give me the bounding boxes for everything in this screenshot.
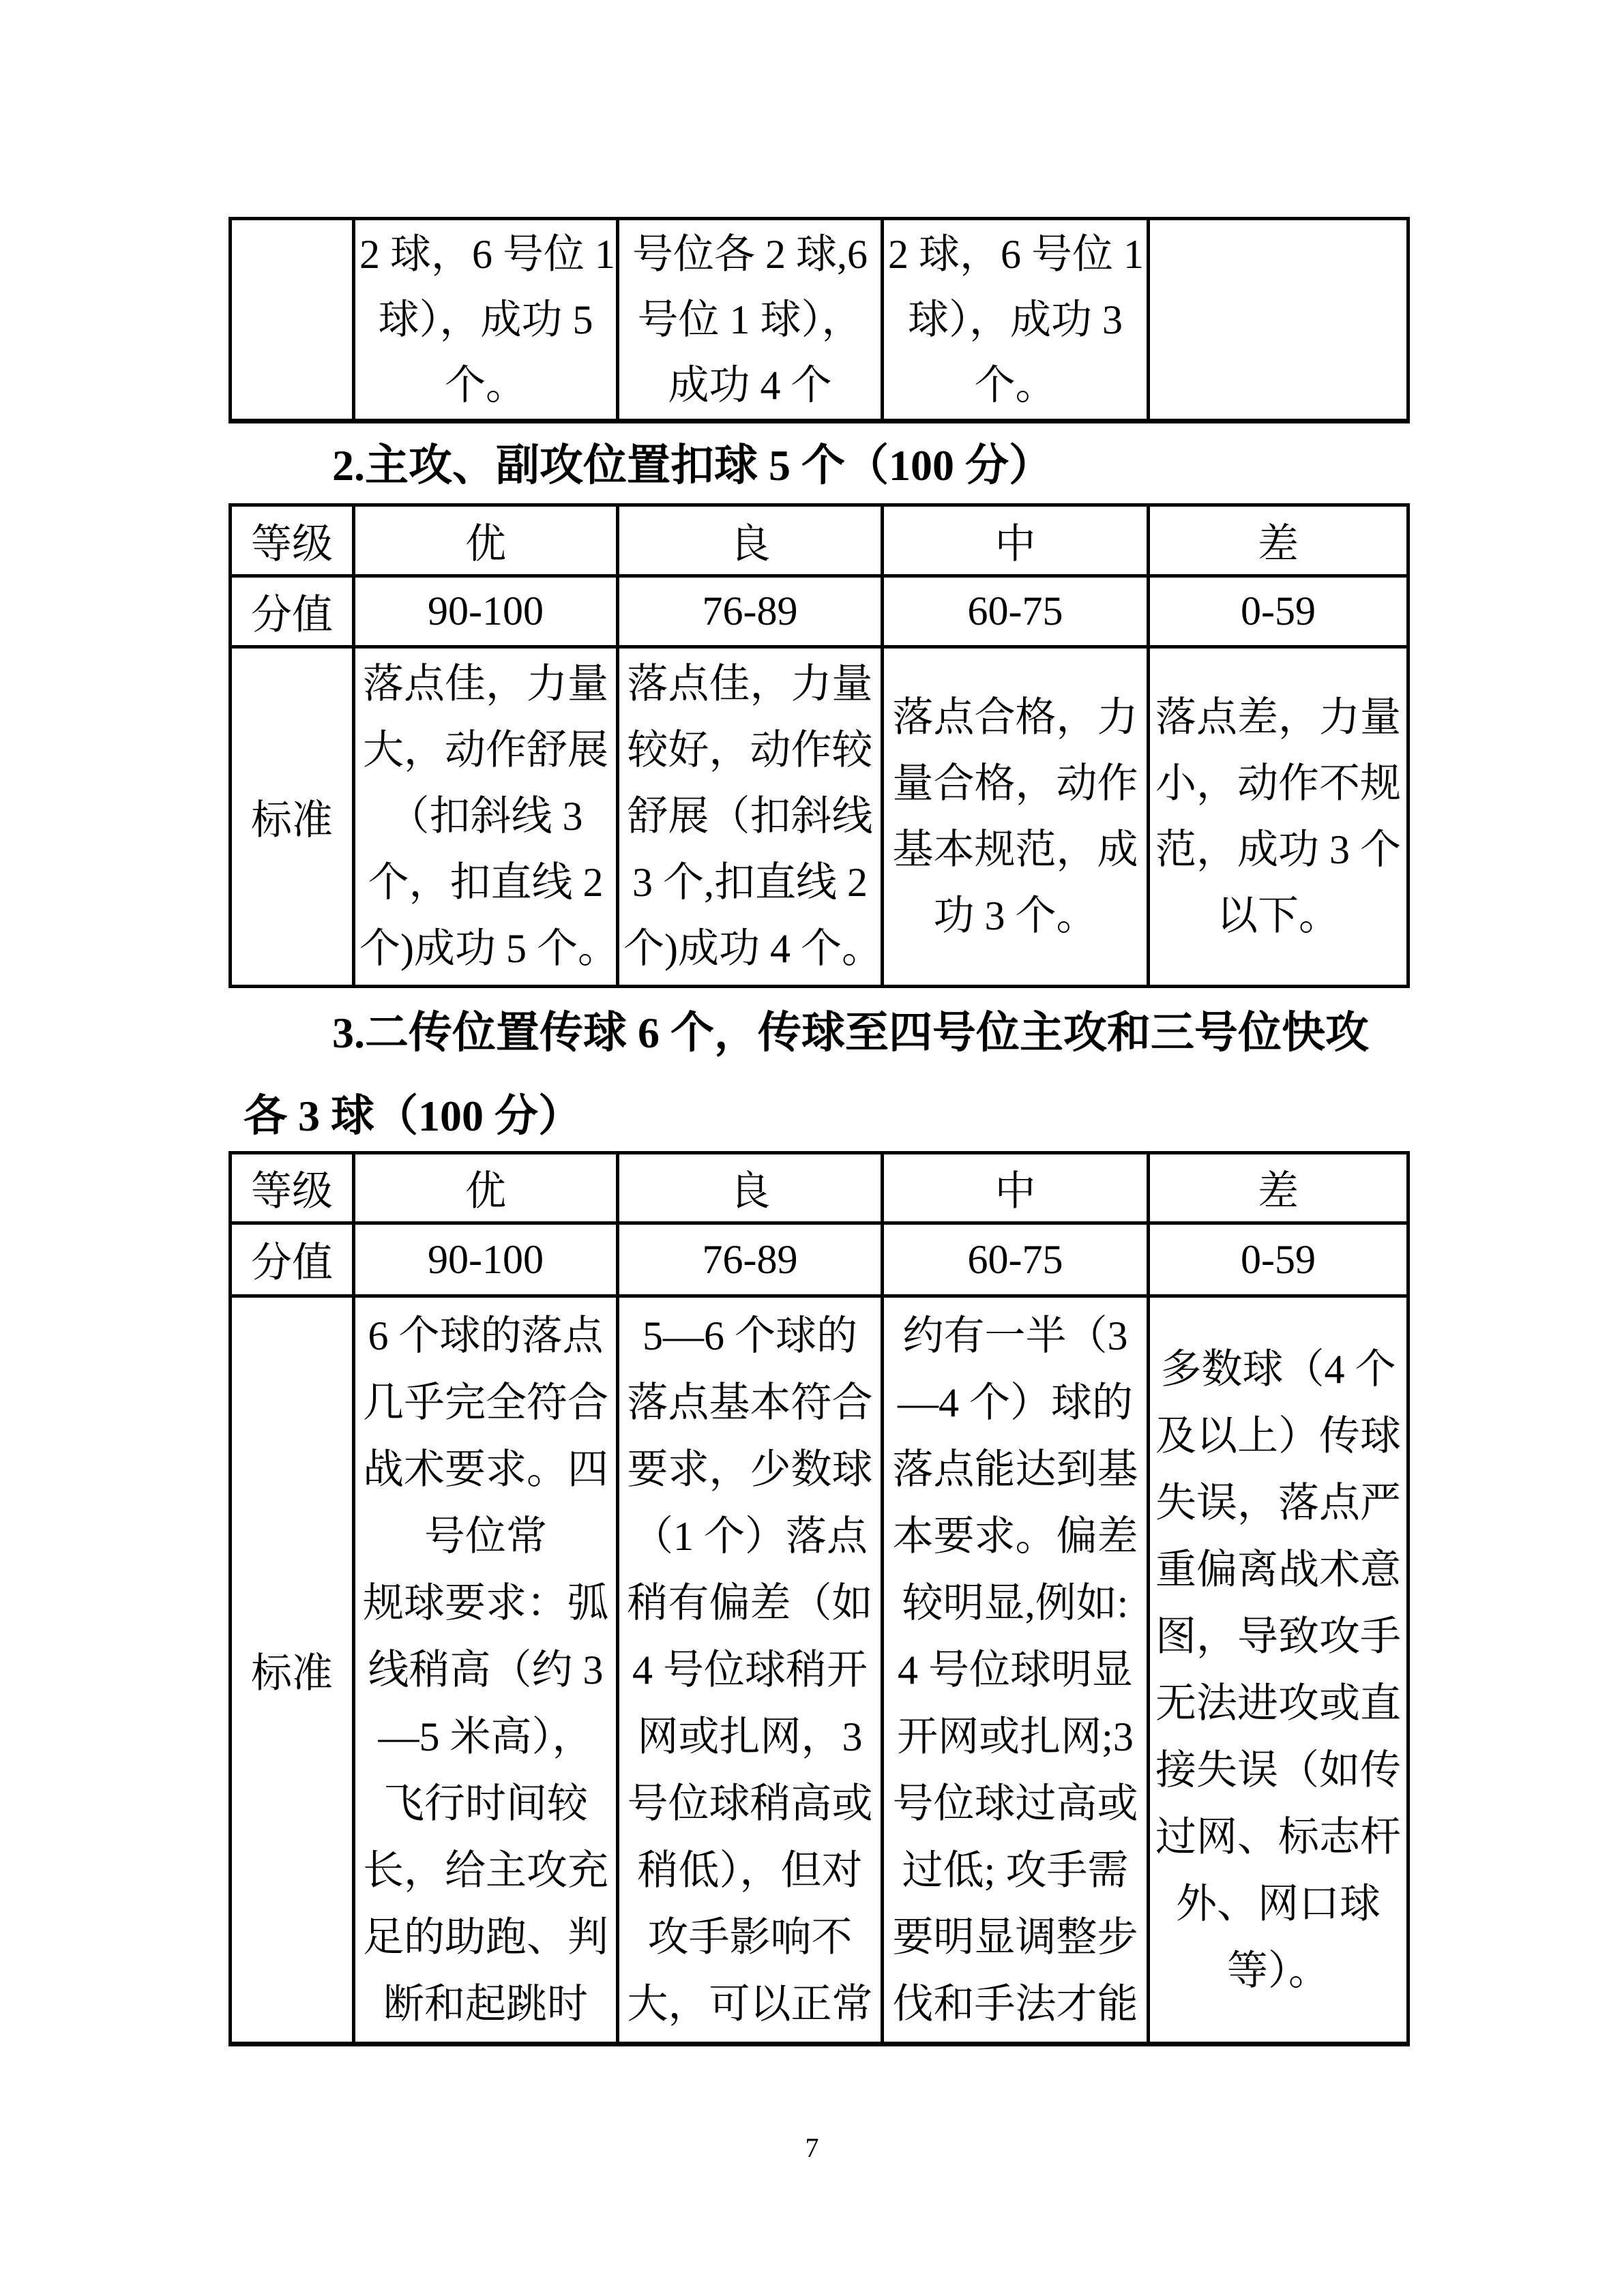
standard-cell: 多数球（4 个及以上）传球失误，落点严重偏离战术意图，导致攻手无法进攻或直接失误… [1149,1296,1408,2044]
grade-excellent: 优 [354,1153,618,1223]
grade-label: 等级 [231,1153,354,1223]
score-range: 0-59 [1149,576,1408,647]
table-cell: 2 球，6 号位 1球），成功 5个。 [354,219,618,421]
table-cell: 号位各 2 球,6号位 1 球），成功 4 个 [618,219,883,421]
table-row: 2 球，6 号位 1球），成功 5个。 号位各 2 球,6号位 1 球），成功 … [231,219,1408,421]
document-page: 2 球，6 号位 1球），成功 5个。 号位各 2 球,6号位 1 球），成功 … [0,0,1624,2296]
grade-medium: 中 [883,1153,1149,1223]
standard-row: 标准 6 个球的落点几乎完全符合战术要求。四号位常规球要求：弧线稍高（约 3—5… [231,1296,1408,2044]
section-heading-2: 2.主攻、副攻位置扣球 5 个（100 分） [228,419,1524,503]
rubric-table-set: 等级 优 良 中 差 分值 90-100 76-89 60-75 0-59 标准… [228,1151,1410,2046]
score-range: 76-89 [618,1223,883,1296]
standard-cell: 落点合格，力量合格，动作基本规范，成功 3 个。 [883,647,1149,987]
standard-cell: 约有一半（3—4 个）球的落点能达到基本要求。偏差较明显,例如:4 号位球明显开… [883,1296,1149,2044]
grade-row: 等级 优 良 中 差 [231,1153,1408,1223]
table-continuation: 2 球，6 号位 1球），成功 5个。 号位各 2 球,6号位 1 球），成功 … [228,217,1410,423]
score-row: 分值 90-100 76-89 60-75 0-59 [231,576,1408,647]
empty-cell [1149,219,1408,421]
grade-row: 等级 优 良 中 差 [231,505,1408,576]
section-heading-3: 3.二传位置传球 6 个，传球至四号位主攻和三号位快攻 各 3 球（100 分） [228,987,1524,1151]
section-heading-3-line2: 各 3 球（100 分） [228,1071,1524,1154]
table-cell: 2 球，6 号位 1球），成功 3个。 [883,219,1149,421]
score-label: 分值 [231,1223,354,1296]
grade-label: 等级 [231,505,354,576]
standard-cell: 5—6 个球的落点基本符合要求，少数球（1 个）落点稍有偏差（如4 号位球稍开网… [618,1296,883,2044]
grade-excellent: 优 [354,505,618,576]
score-range: 90-100 [354,576,618,647]
score-range: 0-59 [1149,1223,1408,1296]
score-range: 76-89 [618,576,883,647]
section-heading-3-line1: 3.二传位置传球 6 个，传球至四号位主攻和三号位快攻 [228,987,1524,1071]
standard-cell: 落点差，力量小，动作不规范，成功 3 个以下。 [1149,647,1408,987]
page-number: 7 [0,2132,1624,2164]
rubric-table-spike: 等级 优 良 中 差 分值 90-100 76-89 60-75 0-59 标准… [228,503,1410,988]
score-range: 60-75 [883,1223,1149,1296]
standard-label: 标准 [231,1296,354,2044]
empty-label-cell [231,219,354,421]
score-row: 分值 90-100 76-89 60-75 0-59 [231,1223,1408,1296]
standard-cell: 6 个球的落点几乎完全符合战术要求。四号位常规球要求：弧线稍高（约 3—5 米高… [354,1296,618,2044]
score-range: 90-100 [354,1223,618,1296]
standard-label: 标准 [231,647,354,987]
grade-medium: 中 [883,505,1149,576]
score-label: 分值 [231,576,354,647]
section-heading-2-text: 2.主攻、副攻位置扣球 5 个（100 分） [228,419,1524,503]
grade-poor: 差 [1149,505,1408,576]
standard-row: 标准 落点佳，力量大，动作舒展（扣斜线 3个，扣直线 2个)成功 5 个。 落点… [231,647,1408,987]
grade-good: 良 [618,1153,883,1223]
standard-cell: 落点佳，力量大，动作舒展（扣斜线 3个，扣直线 2个)成功 5 个。 [354,647,618,987]
score-range: 60-75 [883,576,1149,647]
grade-poor: 差 [1149,1153,1408,1223]
grade-good: 良 [618,505,883,576]
standard-cell: 落点佳，力量较好，动作较舒展（扣斜线3 个,扣直线 2个)成功 4 个。 [618,647,883,987]
